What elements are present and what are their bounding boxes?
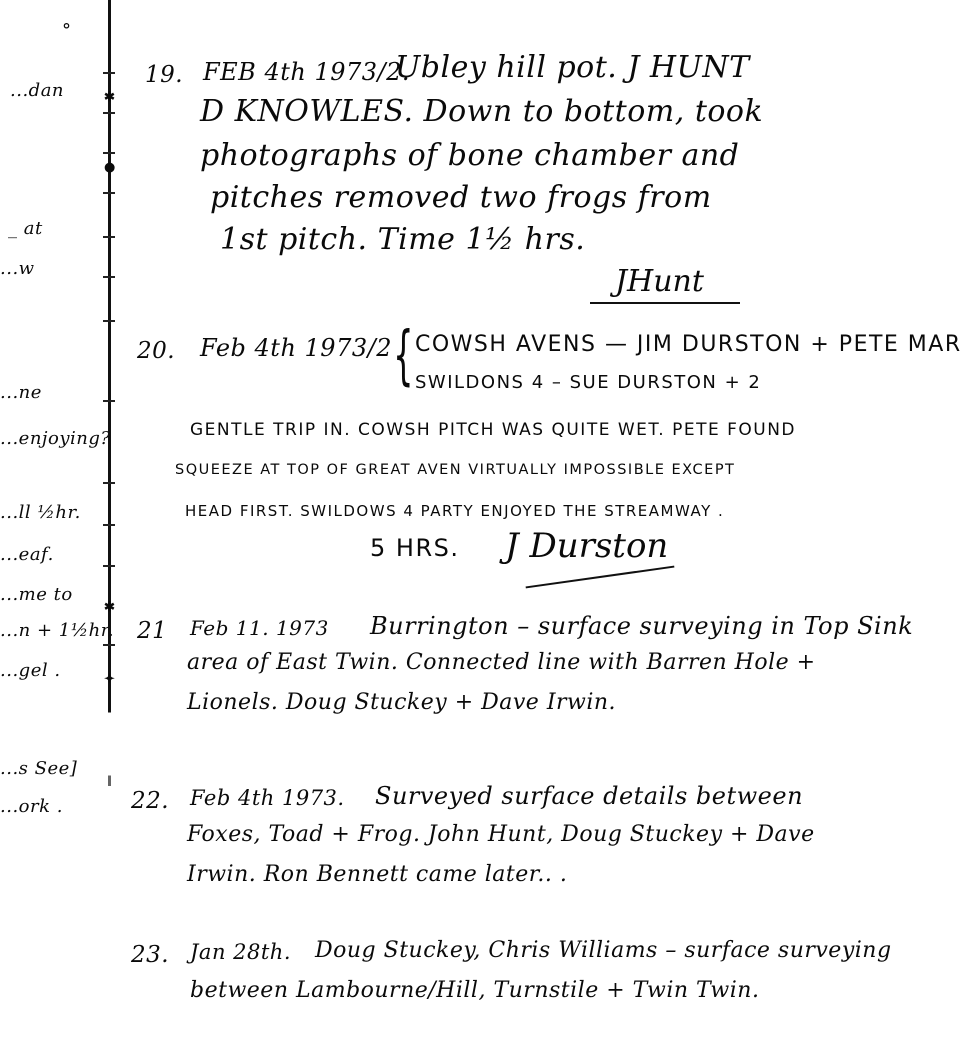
entry-number: 20. [137, 338, 175, 364]
left-fragment: ...ork . [0, 796, 63, 817]
party-line: COWSH AVENS — JIM DURSTON + PETE MARSHAL… [415, 332, 961, 357]
signature-underline [526, 566, 675, 589]
left-page-fragments: ° ...dan _ at ...w ...ne ...enjoying? ..… [0, 0, 110, 1048]
entry-date: FEB 4th 1973/2. [203, 58, 410, 86]
entry-line: HEAD FIRST. SWILDOWS 4 PARTY ENJOYED THE… [185, 502, 724, 520]
margin-tick [103, 152, 115, 154]
entry-line: Foxes, Toad + Frog. John Hunt, Doug Stuc… [187, 822, 815, 847]
margin-tick [103, 236, 115, 238]
margin-tick [103, 112, 115, 114]
margin-dot-mark: ● [104, 160, 115, 175]
signature-underline [590, 302, 740, 304]
margin-tick [103, 72, 115, 74]
left-fragment: ...ll ½hr. [0, 502, 81, 523]
entry-line: pitches removed two frogs from [210, 180, 712, 215]
entry-line: Surveyed surface details between [375, 782, 803, 810]
entry-line: SQUEEZE AT TOP OF GREAT AVEN VIRTUALLY I… [175, 462, 735, 478]
left-fragment: ° [62, 20, 72, 41]
entry-line: Doug Stuckey, Chris Williams – surface s… [315, 938, 892, 963]
margin-mark: ✦ [104, 672, 115, 687]
entry-line: D KNOWLES. Down to bottom, took [200, 94, 763, 129]
entry-date: Feb 4th 1973. [190, 786, 345, 810]
entry-line: photographs of bone chamber and [200, 138, 739, 173]
left-fragment: ...me to [0, 584, 73, 605]
entry-line: Burrington – surface surveying in Top Si… [370, 612, 913, 640]
left-fragment: ...w [0, 258, 35, 279]
margin-tick [103, 565, 115, 567]
entry-number: 21 [137, 618, 167, 644]
entry-line: Irwin. Ron Bennett came later.. . [187, 862, 567, 887]
entry-number: 19. [145, 62, 183, 88]
entry-line: 1st pitch. Time 1½ hrs. [220, 222, 585, 257]
entry-duration: 5 HRS. [370, 534, 459, 562]
entry-number: 22. [131, 788, 169, 814]
entry-number: 23. [131, 942, 169, 968]
left-fragment: ...n + 1½hr. [0, 620, 114, 641]
left-fragment: ...gel . [0, 660, 61, 681]
entry-date: Feb 4th 1973/2 [200, 334, 392, 362]
left-fragment: ...s See] [0, 758, 77, 779]
left-fragment: ...enjoying? [0, 428, 111, 449]
entry-line: GENTLE TRIP IN. COWSH PITCH WAS QUITE WE… [190, 420, 796, 440]
margin-tick [103, 524, 115, 526]
entry-line: Lionels. Doug Stuckey + Dave Irwin. [187, 690, 616, 715]
left-fragment: ...dan [10, 80, 64, 101]
margin-tick [103, 320, 115, 322]
margin-tick [103, 192, 115, 194]
entry-date: Feb 11. 1973 [190, 616, 329, 640]
margin-tick [103, 482, 115, 484]
margin-star-mark: ✱ [104, 90, 115, 105]
entry-date: Jan 28th. [190, 940, 291, 964]
margin-tick [103, 400, 115, 402]
left-fragment: ...eaf. [0, 544, 54, 565]
entry-line: Ubley hill pot. J HUNT [395, 50, 750, 85]
margin-star-mark: ✱ [104, 600, 115, 615]
margin-tick [103, 644, 115, 646]
left-fragment: ...ne [0, 382, 42, 403]
entry-line: between Lambourne/Hill, Turnstile + Twin… [190, 978, 759, 1003]
margin-tick [103, 276, 115, 278]
brace-symbol: { [393, 324, 413, 388]
left-fragment: _ at [8, 218, 43, 239]
signature: J Durston [505, 526, 668, 566]
party-line: SWILDONS 4 – SUE DURSTON + 2 [415, 372, 761, 393]
entry-line: area of East Twin. Connected line with B… [187, 650, 816, 675]
signature: JHunt [615, 264, 704, 299]
